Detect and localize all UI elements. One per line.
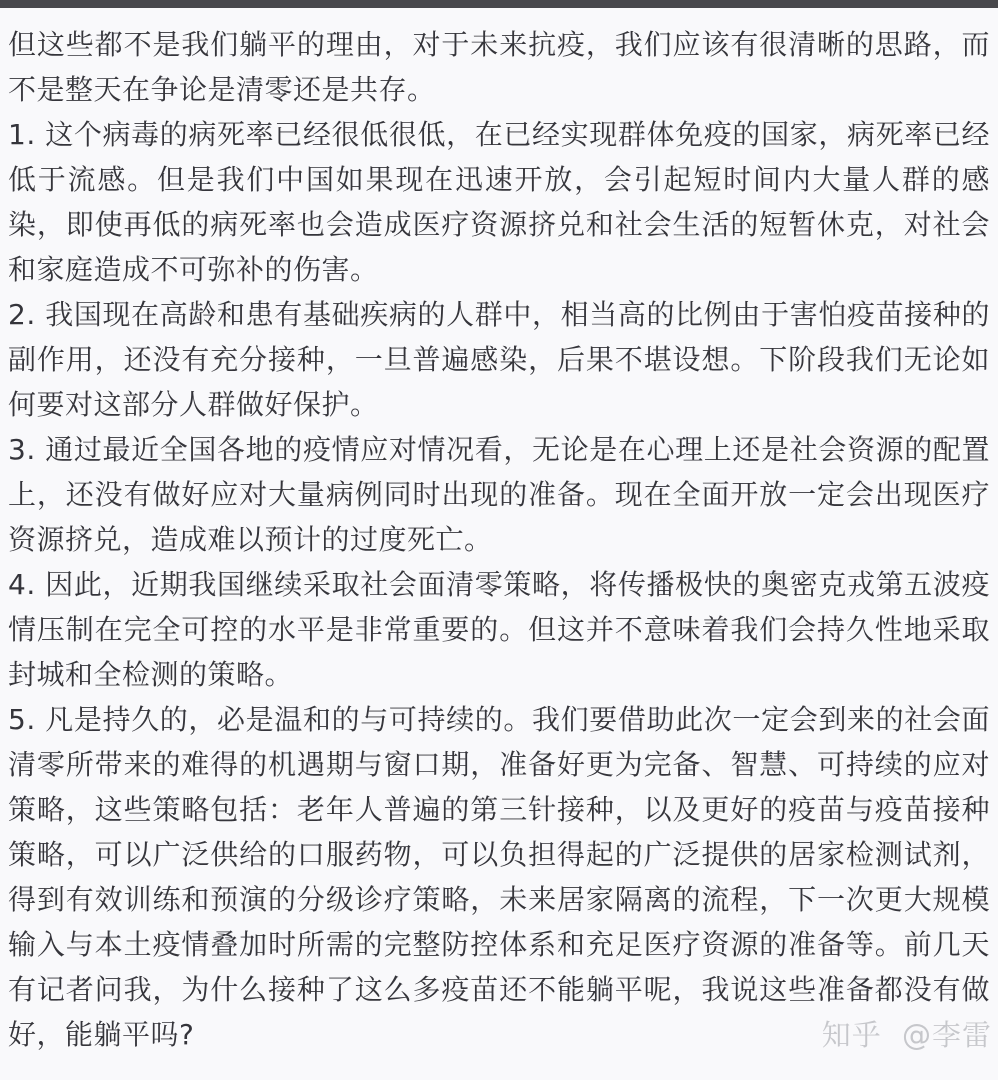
zhihu-watermark: 知乎 @李雷 <box>822 1014 992 1056</box>
watermark-site-name: 知乎 <box>822 1014 882 1056</box>
article-text-block: 但这些都不是我们躺平的理由，对于未来抗疫，我们应该有很清晰的思路，而不是整天在争… <box>8 22 990 1057</box>
list-item-3: 3. 通过最近全国各地的疫情应对情况看，无论是在心理上还是社会资源的配置上，还没… <box>8 427 990 562</box>
list-item-1: 1. 这个病毒的病死率已经很低很低，在已经实现群体免疫的国家，病死率已经低于流感… <box>8 112 990 292</box>
paragraph-intro: 但这些都不是我们躺平的理由，对于未来抗疫，我们应该有很清晰的思路，而不是整天在争… <box>8 22 990 112</box>
watermark-author-name: @李雷 <box>902 1014 992 1056</box>
list-item-5: 5. 凡是持久的，必是温和的与可持续的。我们要借助此次一定会到来的社会面清零所带… <box>8 697 990 1057</box>
list-item-4: 4. 因此，近期我国继续采取社会面清零策略，将传播极快的奥密克戎第五波疫情压制在… <box>8 562 990 697</box>
top-edge-bar <box>0 0 998 8</box>
list-item-2: 2. 我国现在高龄和患有基础疾病的人群中，相当高的比例由于害怕疫苗接种的副作用，… <box>8 292 990 427</box>
